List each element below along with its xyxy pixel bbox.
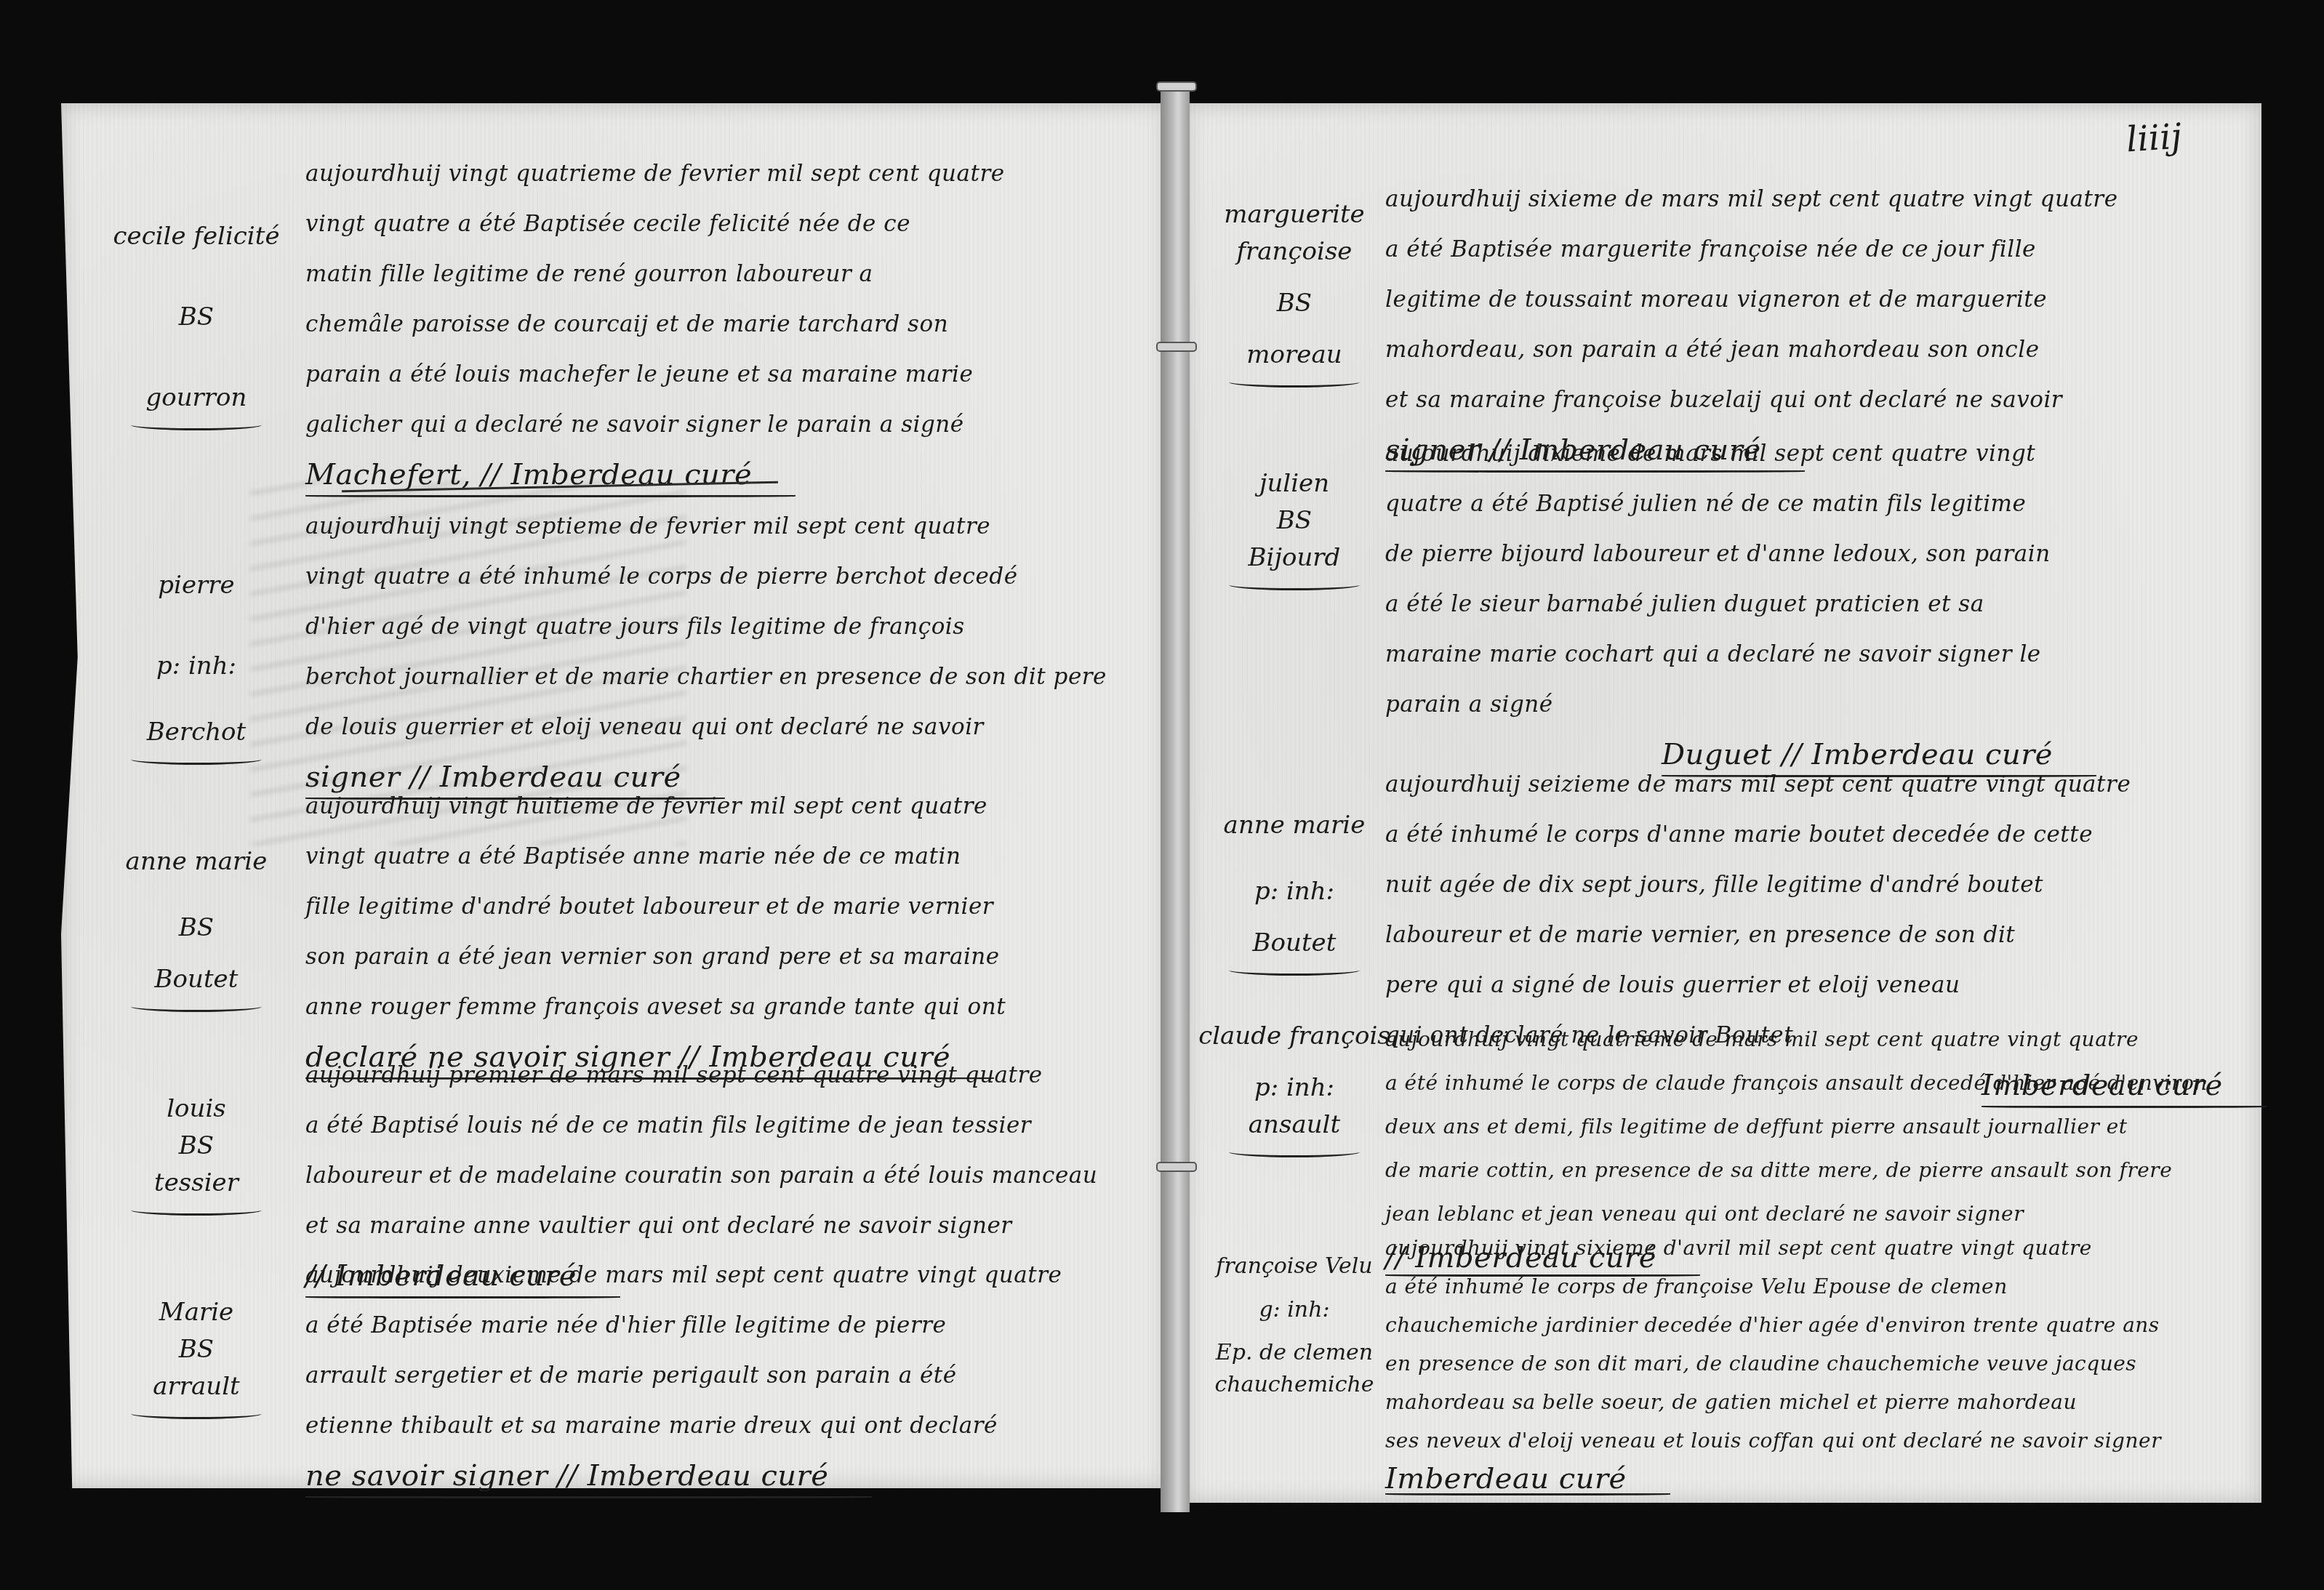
entry-line: parain a signé	[1385, 680, 2053, 730]
margin-surname: ansault	[1193, 1107, 1396, 1144]
entry-line: son parain a été jean vernier son grand …	[305, 932, 1006, 982]
margin-surname: tessier	[80, 1165, 313, 1202]
entry-line: et sa maraine françoise buzelaij qui ont…	[1385, 375, 2118, 425]
entry-line: aujourdhuij deuxieme de mars mil sept ce…	[305, 1250, 1062, 1301]
entry-line: mahordeau sa belle soeur, de gatien mich…	[1385, 1383, 2161, 1421]
entry-line: deux ans et demi, fils legitime de deffu…	[1385, 1105, 2208, 1149]
margin-note: louis BS tessier	[80, 1091, 313, 1218]
entry-line: aujourdhuij sixieme de mars mil sept cen…	[1385, 174, 2118, 225]
flourish-icon	[131, 1205, 262, 1216]
binding-thread-icon	[1156, 1162, 1197, 1172]
margin-baptized-name: cecile felicité	[80, 218, 313, 255]
entry-line: nuit agée de dix sept jours, fille legit…	[1385, 860, 2223, 910]
entry-line: quatre a été Baptisé julien né de ce mat…	[1385, 479, 2053, 529]
margin-act-type: BS	[1193, 285, 1396, 322]
entry-line: a été Baptisé louis né de ce matin fils …	[305, 1101, 1097, 1151]
entry-line: aujourdhuij vingt huitieme de fevrier mi…	[305, 782, 1006, 832]
margin-baptized-name: Marie	[80, 1294, 313, 1331]
entry-line: etienne thibault et sa maraine marie dre…	[305, 1401, 1062, 1451]
binding-thread-icon	[1156, 81, 1197, 92]
flourish-icon	[131, 1408, 262, 1419]
signature: Machefert, // Imberdeau curé	[305, 450, 752, 500]
register-spread: liiij cecile felicité BS gourron aujourd…	[0, 0, 2324, 1590]
entry-line: a été Baptisée marguerite françoise née …	[1385, 225, 2118, 275]
entry-line: aujourdhuij vingt quatrieme de mars mil …	[1385, 1018, 2208, 1061]
entry-line: vingt quatre a été inhumé le corps de pi…	[305, 552, 1107, 602]
entry-line: et sa maraine anne vaultier qui ont decl…	[305, 1201, 1097, 1251]
entry-line: chauchemiche jardinier decedée d'hier ag…	[1385, 1306, 2161, 1344]
entry-line: anne rouger femme françois aveset sa gra…	[305, 982, 1006, 1032]
margin-act-type: BS	[80, 1331, 313, 1368]
entry-line: aujourdhuij vingt septieme de fevrier mi…	[305, 502, 1107, 552]
margin-act-type: BS	[80, 1128, 313, 1165]
entry-line: pere qui a signé de louis guerrier et el…	[1385, 960, 2223, 1011]
margin-surname: moreau	[1193, 337, 1396, 374]
entry-line: maraine marie cochart qui a declaré ne s…	[1385, 630, 2053, 680]
margin-deceased-name: françoise Velu	[1193, 1250, 1396, 1282]
margin-baptized-name: louis	[80, 1091, 313, 1128]
entry-line: d'hier agé de vingt quatre jours fils le…	[305, 602, 1107, 652]
margin-surname: Bijourd	[1193, 539, 1396, 577]
entry-line: vingt quatre a été Baptisée anne marie n…	[305, 832, 1006, 882]
flourish-icon	[1229, 965, 1360, 976]
entry-line: a été inhumé le corps de claude françois…	[1385, 1061, 2208, 1105]
margin-note: claude françois p: inh: ansault	[1193, 1018, 1396, 1160]
binding-thread-icon	[1156, 342, 1197, 352]
signature: Imberdeau curé	[1385, 1460, 1627, 1498]
entry-body: aujourdhuij vingt septieme de fevrier mi…	[305, 502, 1107, 805]
entry-body: aujourdhuij vingt quatrieme de fevrier m…	[305, 149, 1005, 502]
entry-line: mahordeau, son parain a été jean mahorde…	[1385, 325, 2118, 375]
entry-body: aujourdhuij dixieme de mars mil sept cen…	[1385, 429, 2053, 782]
margin-note: anne marie p: inh: Boutet	[1193, 807, 1396, 979]
entry-line: aujourdhuij dixieme de mars mil sept cen…	[1385, 429, 2053, 479]
margin-act-type: p: inh:	[80, 648, 313, 685]
entry-line: arrault sergetier et de marie perigault …	[305, 1351, 1062, 1401]
flourish-icon	[1229, 579, 1360, 590]
margin-surname: Boutet	[1193, 925, 1396, 962]
margin-act-type: BS	[1193, 502, 1396, 539]
margin-note: anne marie BS Boutet	[80, 843, 313, 1015]
entry-line: aujourdhuij premier de mars mil sept cen…	[305, 1051, 1097, 1101]
entry-line: laboureur et de marie vernier, en presen…	[1385, 910, 2223, 960]
entry-line: parain a été louis machefer le jeune et …	[305, 350, 1005, 400]
entry-line: fille legitime d'andré boutet laboureur …	[305, 882, 1006, 932]
entry-line: vingt quatre a été Baptisée cecile felic…	[305, 199, 1005, 249]
margin-spouse-surname: chauchemiche	[1193, 1369, 1396, 1401]
entry-line: berchot journallier et de marie chartier…	[305, 652, 1107, 702]
entry-line: ses neveux d'eloij veneau et louis coffa…	[1385, 1421, 2161, 1460]
margin-note: cecile felicité BS gourron	[80, 218, 313, 433]
margin-spouse-note: Ep. de clemen	[1193, 1337, 1396, 1369]
margin-baptized-name: anne marie	[80, 843, 313, 880]
entry-line: de pierre bijourd laboureur et d'anne le…	[1385, 529, 2053, 579]
entry-body: aujourdhuij vingt huitieme de fevrier mi…	[305, 782, 1006, 1085]
margin-note: marguerite françoise BS moreau	[1193, 196, 1396, 390]
flourish-icon	[1229, 377, 1360, 388]
entry-line: en presence de son dit mari, de claudine…	[1385, 1344, 2161, 1383]
margin-act-type: BS	[80, 299, 313, 336]
margin-baptized-name: marguerite françoise	[1193, 196, 1396, 270]
margin-surname: Berchot	[80, 714, 313, 751]
entry-line: aujourdhuij vingt sixieme d'avril mil se…	[1385, 1229, 2161, 1267]
flourish-icon	[1229, 1147, 1360, 1157]
margin-note: Marie BS arrault	[80, 1294, 313, 1422]
entry-line: galicher qui a declaré ne savoir signer …	[305, 400, 1005, 450]
entry-line: de marie cottin, en presence de sa ditte…	[1385, 1149, 2208, 1192]
margin-deceased-name: claude françois	[1193, 1018, 1396, 1055]
margin-act-type: p: inh:	[1193, 873, 1396, 910]
entry-line: laboureur et de madelaine couratin son p…	[305, 1151, 1097, 1201]
entry-line: a été inhumé le corps d'anne marie boute…	[1385, 810, 2223, 860]
flourish-icon	[131, 1001, 262, 1012]
margin-deceased-name: pierre	[80, 567, 313, 604]
margin-note: pierre p: inh: Berchot	[80, 567, 313, 768]
margin-act-type: g: inh:	[1193, 1294, 1396, 1326]
entry-line: matin fille legitime de rené gourron lab…	[305, 249, 1005, 300]
margin-deceased-name: anne marie	[1193, 807, 1396, 844]
margin-note: françoise Velu g: inh: Ep. de clemen cha…	[1193, 1250, 1396, 1400]
margin-act-type: BS	[80, 910, 313, 947]
margin-act-type: p: inh:	[1193, 1069, 1396, 1107]
entry-line: a été inhumé le corps de françoise Velu …	[1385, 1267, 2161, 1306]
entry-body: aujourdhuij vingt sixieme d'avril mil se…	[1385, 1229, 2161, 1501]
margin-surname: gourron	[80, 380, 313, 417]
flourish-icon	[131, 754, 262, 765]
entry-line: a été le sieur barnabé julien duguet pra…	[1385, 579, 2053, 630]
flourish-icon	[131, 419, 262, 430]
signature: ne savoir signer // Imberdeau curé	[305, 1451, 828, 1501]
folio-number: liiij	[2125, 116, 2183, 160]
margin-note: julien BS Bijourd	[1193, 465, 1396, 593]
entry-line: chemâle paroisse de courcaij et de marie…	[305, 300, 1005, 350]
margin-surname: arrault	[80, 1368, 313, 1405]
margin-baptized-name: julien	[1193, 465, 1396, 502]
entry-line: de louis guerrier et eloij veneau qui on…	[305, 702, 1107, 752]
entry-line: aujourdhuij seizieme de mars mil sept ce…	[1385, 760, 2223, 810]
entry-line: a été Baptisée marie née d'hier fille le…	[305, 1301, 1062, 1351]
entry-line: aujourdhuij vingt quatrieme de fevrier m…	[305, 149, 1005, 199]
entry-body: aujourdhuij deuxieme de mars mil sept ce…	[305, 1250, 1062, 1503]
entry-line: legitime de toussaint moreau vigneron et…	[1385, 275, 2118, 325]
binding-gutter	[1161, 87, 1190, 1512]
margin-surname: Boutet	[80, 961, 313, 998]
